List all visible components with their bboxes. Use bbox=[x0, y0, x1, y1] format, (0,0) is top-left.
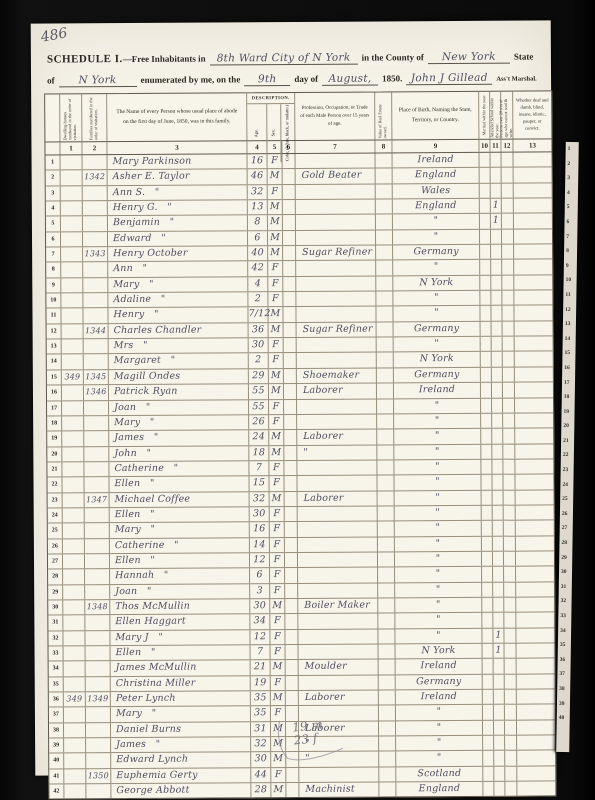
cell-line: 29 bbox=[48, 585, 63, 599]
remarks-column-header: Whether deaf and dumb, blind, insane, id… bbox=[513, 91, 551, 138]
cell-dwelling bbox=[61, 309, 83, 323]
cell-married bbox=[482, 582, 493, 596]
cell-value bbox=[378, 614, 395, 628]
cell-married bbox=[482, 536, 493, 550]
cell-family: 1347 bbox=[85, 493, 110, 507]
table-row: 42George Abbott28MMachinistEngland bbox=[49, 781, 555, 798]
cell-value bbox=[376, 230, 393, 244]
cell-color bbox=[285, 492, 298, 506]
column-number: 1 bbox=[60, 142, 82, 154]
cell-line: 24 bbox=[48, 508, 63, 522]
cell-dwelling bbox=[61, 247, 83, 261]
cell-school bbox=[494, 705, 505, 719]
cell-age: 16 bbox=[248, 154, 268, 168]
cell-dwelling: 349 bbox=[64, 692, 86, 706]
column-number bbox=[45, 142, 60, 154]
cell-value bbox=[377, 368, 394, 382]
cell-color bbox=[284, 476, 297, 490]
cell-line: 6 bbox=[46, 232, 61, 246]
cell-sex: M bbox=[269, 430, 284, 444]
cell-birthplace: " bbox=[395, 490, 482, 505]
line-number-column-header bbox=[45, 94, 60, 141]
cell-school bbox=[494, 659, 505, 673]
cell-color bbox=[284, 353, 297, 367]
cell-value bbox=[379, 675, 396, 689]
adjacent-page-line-number: 19 bbox=[561, 405, 574, 420]
cell-remarks bbox=[514, 306, 552, 321]
cell-school bbox=[494, 736, 505, 750]
cell-occupation bbox=[297, 353, 377, 368]
cell-value bbox=[379, 690, 396, 704]
cell-age: 32 bbox=[250, 492, 270, 506]
cell-family bbox=[84, 477, 109, 491]
cell-dwelling bbox=[63, 554, 85, 568]
cell-cantread bbox=[505, 659, 517, 673]
cell-cantread bbox=[505, 736, 517, 750]
cell-school bbox=[492, 321, 503, 335]
cell-sex: M bbox=[268, 169, 283, 183]
cell-name: Joan " bbox=[109, 400, 249, 415]
cell-age: 13 bbox=[248, 200, 268, 214]
state-fill-in: N York bbox=[59, 75, 137, 87]
cell-married bbox=[481, 337, 492, 351]
cell-age: 8 bbox=[248, 216, 268, 230]
cell-value bbox=[377, 414, 394, 428]
cell-value bbox=[378, 568, 395, 582]
cell-birthplace: Germany bbox=[393, 245, 480, 260]
cell-remarks bbox=[516, 628, 554, 643]
cell-school bbox=[492, 444, 503, 458]
adjacent-page-line-number: 21 bbox=[561, 434, 574, 449]
cell-value bbox=[379, 752, 396, 766]
cell-name: Peter Lynch bbox=[111, 691, 251, 706]
adjacent-page-line-number: 1 bbox=[566, 142, 579, 157]
cell-sex: F bbox=[268, 185, 283, 199]
adjacent-page-line-number: 32 bbox=[558, 594, 571, 609]
schedule-header-line1: SCHEDULE I.—Free Inhabitants in 8th Ward… bbox=[47, 46, 539, 67]
cell-occupation bbox=[296, 153, 376, 168]
cell-sex: M bbox=[268, 231, 283, 245]
cell-name: Asher E. Taylor bbox=[108, 170, 248, 185]
cell-age: 15 bbox=[249, 476, 269, 490]
cell-family bbox=[83, 217, 108, 231]
cell-color bbox=[283, 261, 296, 275]
cell-value bbox=[378, 491, 395, 505]
cell-line: 19 bbox=[47, 432, 62, 446]
cell-school bbox=[491, 183, 502, 197]
cell-age: 4 bbox=[248, 277, 268, 291]
cell-color bbox=[285, 630, 298, 644]
cell-name: James " bbox=[111, 737, 251, 752]
cell-color bbox=[284, 461, 297, 475]
cell-cantread bbox=[502, 260, 514, 274]
cell-cantread bbox=[503, 460, 515, 474]
cell-school bbox=[494, 766, 505, 780]
pencil-flourish bbox=[273, 712, 347, 763]
cell-sex: M bbox=[271, 660, 286, 674]
cell-occupation: Laborer bbox=[298, 491, 378, 506]
cell-remarks bbox=[515, 321, 553, 336]
cell-color bbox=[283, 277, 296, 291]
cell-remarks bbox=[514, 198, 552, 213]
cell-birthplace: Wales bbox=[393, 184, 480, 199]
cell-cantread bbox=[504, 628, 516, 642]
cell-color bbox=[284, 338, 297, 352]
cell-birthplace: " bbox=[395, 629, 482, 644]
header-text: of bbox=[47, 75, 55, 85]
cell-age: 55 bbox=[249, 384, 269, 398]
cell-age: 40 bbox=[248, 246, 268, 260]
adjacent-page-line-number: 36 bbox=[558, 653, 571, 668]
cell-birthplace: " bbox=[394, 460, 481, 475]
cell-occupation bbox=[296, 215, 376, 230]
adjacent-page-line-number: 7 bbox=[564, 229, 577, 244]
cell-name: James McMullin bbox=[111, 661, 251, 676]
cell-occupation bbox=[296, 200, 376, 215]
adjacent-page-line-number: 11 bbox=[563, 288, 576, 303]
cell-remarks bbox=[514, 244, 552, 259]
cell-school bbox=[492, 460, 503, 474]
cell-color bbox=[285, 522, 298, 536]
cell-married bbox=[481, 414, 492, 428]
cell-dwelling bbox=[61, 155, 83, 169]
cell-family bbox=[83, 309, 108, 323]
cell-married bbox=[481, 383, 492, 397]
cell-age: 24 bbox=[249, 430, 269, 444]
cell-dwelling bbox=[61, 232, 83, 246]
adjacent-page-line-number: 18 bbox=[562, 390, 575, 405]
cell-dwelling bbox=[61, 171, 83, 185]
cell-married bbox=[483, 720, 494, 734]
cell-age: 32 bbox=[248, 185, 268, 199]
cell-married bbox=[482, 552, 493, 566]
cell-school bbox=[493, 567, 504, 581]
cell-family bbox=[83, 186, 108, 200]
cell-birthplace: " bbox=[396, 736, 483, 751]
cell-family bbox=[86, 723, 111, 737]
cell-sex: F bbox=[270, 507, 285, 521]
cell-school bbox=[493, 536, 504, 550]
table-body: 1Mary Parkinson16FIreland21342Asher E. T… bbox=[46, 152, 556, 799]
adjacent-page-line-number: 9 bbox=[564, 259, 577, 274]
cell-occupation bbox=[296, 276, 376, 291]
cell-dwelling bbox=[61, 201, 83, 215]
cell-color bbox=[284, 446, 297, 460]
column-number: 8 bbox=[375, 140, 392, 152]
cell-married bbox=[483, 782, 494, 796]
cell-occupation: " bbox=[297, 445, 377, 460]
cell-occupation: Laborer bbox=[299, 691, 379, 706]
cell-married bbox=[483, 767, 494, 781]
cell-family bbox=[86, 784, 111, 798]
cell-occupation: Machinist bbox=[299, 783, 379, 798]
cell-sex: M bbox=[271, 783, 286, 797]
cell-birthplace: " bbox=[396, 705, 483, 720]
cell-family bbox=[85, 539, 110, 553]
cell-value bbox=[377, 476, 394, 490]
cell-birthplace: " bbox=[395, 521, 482, 536]
cell-family: 1343 bbox=[83, 247, 108, 261]
cell-color bbox=[283, 169, 296, 183]
cell-married bbox=[480, 214, 491, 228]
cell-age: 12 bbox=[250, 553, 270, 567]
cell-age: 14 bbox=[250, 538, 270, 552]
cell-value bbox=[377, 353, 394, 367]
cell-dwelling bbox=[64, 723, 86, 737]
cell-remarks bbox=[515, 475, 553, 490]
cell-occupation bbox=[298, 583, 378, 598]
cell-line: 8 bbox=[46, 263, 61, 277]
cell-age: 16 bbox=[250, 522, 270, 536]
cell-cantread bbox=[504, 613, 516, 627]
column-number: 4 bbox=[247, 141, 267, 153]
cell-remarks bbox=[514, 260, 552, 275]
cell-remarks bbox=[514, 229, 552, 244]
cell-birthplace: " bbox=[395, 536, 482, 551]
cell-occupation: Shoemaker bbox=[297, 368, 377, 383]
adjacent-page-line-number: 6 bbox=[564, 215, 577, 230]
cell-color bbox=[285, 553, 298, 567]
cell-birthplace: " bbox=[395, 552, 482, 567]
cell-family bbox=[83, 278, 108, 292]
cell-cantread bbox=[503, 321, 515, 335]
cell-birthplace: " bbox=[393, 291, 480, 306]
cell-school bbox=[493, 598, 504, 612]
cell-cantread bbox=[502, 306, 514, 320]
cell-dwelling bbox=[62, 401, 84, 415]
cell-family bbox=[84, 355, 109, 369]
cell-family: 1349 bbox=[86, 692, 111, 706]
cell-name: Christina Miller bbox=[111, 676, 251, 691]
cell-remarks bbox=[515, 444, 553, 459]
cell-age: 28 bbox=[251, 783, 271, 797]
cell-name: Adaline " bbox=[108, 292, 248, 307]
cell-sex: F bbox=[270, 568, 285, 582]
cell-dwelling bbox=[63, 524, 85, 538]
cell-birthplace: " bbox=[394, 414, 481, 429]
cell-sex: M bbox=[269, 369, 284, 383]
cell-remarks bbox=[515, 459, 553, 474]
cell-dwelling: 349 bbox=[62, 370, 84, 384]
family-column-header: Families numbered in the order of visita… bbox=[82, 94, 107, 141]
cell-married bbox=[480, 168, 491, 182]
cell-remarks bbox=[515, 337, 553, 352]
cell-age: 30 bbox=[250, 507, 270, 521]
cell-color bbox=[285, 507, 298, 521]
cell-married bbox=[483, 644, 494, 658]
cell-cantread bbox=[503, 475, 515, 489]
cell-family bbox=[85, 631, 110, 645]
cell-sex: F bbox=[270, 522, 285, 536]
cell-married bbox=[480, 230, 491, 244]
cell-line: 18 bbox=[47, 416, 62, 430]
cell-dwelling bbox=[64, 784, 86, 798]
cell-age: 2 bbox=[248, 292, 268, 306]
cell-age: 55 bbox=[249, 400, 269, 414]
cell-value bbox=[379, 660, 396, 674]
cell-birthplace: " bbox=[396, 721, 483, 736]
county-fill-in: New York bbox=[428, 52, 510, 65]
cell-value bbox=[378, 506, 395, 520]
cell-color bbox=[286, 676, 299, 690]
cell-age: 26 bbox=[249, 415, 269, 429]
cell-age: 29 bbox=[249, 369, 269, 383]
cell-age: 6 bbox=[248, 231, 268, 245]
cell-occupation: Boiler Maker bbox=[298, 598, 378, 613]
cannot-read-column-header: Persons over 20 y'rs of age who cannot r… bbox=[501, 92, 513, 139]
cell-remarks bbox=[517, 659, 555, 674]
cell-value bbox=[379, 721, 396, 735]
cell-school bbox=[494, 720, 505, 734]
cell-family bbox=[83, 232, 108, 246]
pencil-tally: 19 m 23 f bbox=[292, 718, 325, 747]
cell-value bbox=[376, 276, 393, 290]
cell-school bbox=[491, 291, 502, 305]
cell-cantread bbox=[505, 751, 517, 765]
cell-age: 34 bbox=[250, 614, 270, 628]
cell-value bbox=[376, 184, 393, 198]
cell-married bbox=[483, 659, 494, 673]
cell-name: Ann " bbox=[108, 262, 248, 277]
cell-school bbox=[493, 521, 504, 535]
cell-dwelling bbox=[63, 493, 85, 507]
cell-name: Magill Ondes bbox=[109, 369, 249, 384]
cell-school bbox=[494, 782, 505, 796]
cell-occupation bbox=[298, 568, 378, 583]
cell-age: 36 bbox=[249, 323, 269, 337]
cell-line: 39 bbox=[49, 738, 64, 752]
cell-family bbox=[85, 585, 110, 599]
cell-family bbox=[84, 462, 109, 476]
cell-occupation bbox=[297, 414, 377, 429]
cell-family: 1344 bbox=[84, 324, 109, 338]
cell-family bbox=[83, 201, 108, 215]
cell-name: Patrick Ryan bbox=[109, 384, 249, 399]
cell-birthplace: " bbox=[394, 337, 481, 352]
cell-remarks bbox=[516, 597, 554, 612]
cell-dwelling bbox=[63, 508, 85, 522]
cell-birthplace: " bbox=[395, 613, 482, 628]
cell-occupation: Sugar Refiner bbox=[296, 246, 376, 261]
cell-sex: M bbox=[269, 384, 284, 398]
cell-line: 33 bbox=[49, 646, 64, 660]
cell-family bbox=[86, 738, 111, 752]
cell-occupation bbox=[296, 184, 376, 199]
cell-cantread bbox=[504, 567, 516, 581]
cell-name: Ellen " bbox=[109, 476, 249, 491]
cell-dwelling bbox=[63, 616, 85, 630]
cell-line: 17 bbox=[47, 401, 62, 415]
cell-family bbox=[83, 155, 108, 169]
cell-remarks bbox=[516, 521, 554, 536]
cell-dwelling bbox=[64, 754, 86, 768]
cell-birthplace: Ireland bbox=[394, 383, 481, 398]
cell-married bbox=[480, 153, 491, 167]
cell-school bbox=[494, 751, 505, 765]
cell-school bbox=[492, 383, 503, 397]
cell-dwelling bbox=[62, 416, 84, 430]
cell-married bbox=[483, 674, 494, 688]
cell-remarks bbox=[517, 735, 555, 750]
day-fill-in: 9th bbox=[244, 74, 290, 86]
adjacent-page-line-number: 23 bbox=[561, 463, 574, 478]
cell-name: Thos McMullin bbox=[110, 599, 250, 614]
cell-remarks bbox=[514, 168, 552, 183]
cell-color bbox=[286, 691, 299, 705]
adjacent-page-line-number: 39 bbox=[557, 696, 570, 711]
cell-school bbox=[494, 690, 505, 704]
cell-family bbox=[86, 754, 111, 768]
cell-color bbox=[286, 783, 299, 797]
cell-occupation bbox=[296, 292, 376, 307]
cell-sex: F bbox=[269, 461, 284, 475]
cell-name: Ellen Haggart bbox=[110, 615, 250, 630]
cell-cantread bbox=[504, 490, 516, 504]
cell-remarks bbox=[514, 275, 552, 290]
adjacent-page-line-number: 8 bbox=[564, 244, 577, 259]
cell-color bbox=[284, 323, 297, 337]
cell-dwelling bbox=[64, 708, 86, 722]
cell-name: Henry G. " bbox=[108, 200, 248, 215]
cell-dwelling bbox=[63, 539, 85, 553]
cell-age: 46 bbox=[248, 169, 268, 183]
cell-occupation bbox=[296, 307, 376, 322]
cell-school bbox=[491, 306, 502, 320]
cell-married bbox=[480, 306, 491, 320]
cell-remarks bbox=[517, 751, 555, 766]
cell-remarks bbox=[515, 383, 553, 398]
cell-value bbox=[379, 767, 396, 781]
cell-color bbox=[285, 538, 298, 552]
adjacent-page-line-number: 4 bbox=[565, 186, 578, 201]
cell-family bbox=[85, 569, 110, 583]
cell-married bbox=[481, 429, 492, 443]
cell-occupation: Sugar Refiner bbox=[297, 322, 377, 337]
cell-family bbox=[84, 339, 109, 353]
cell-cantread bbox=[503, 383, 515, 397]
cell-name: Ellen " bbox=[111, 645, 251, 660]
adjacent-page-line-number: 17 bbox=[562, 375, 575, 390]
cell-remarks bbox=[514, 183, 552, 198]
adjacent-page-line-number: 10 bbox=[563, 273, 576, 288]
column-number: 12 bbox=[501, 140, 513, 152]
adjacent-page-line-number: 38 bbox=[557, 682, 570, 697]
cell-family: 1348 bbox=[85, 600, 110, 614]
adjacent-page-line-number: 24 bbox=[560, 478, 573, 493]
cell-school bbox=[493, 490, 504, 504]
cell-line: 34 bbox=[49, 662, 64, 676]
cell-remarks bbox=[514, 214, 552, 229]
cell-occupation bbox=[297, 460, 377, 475]
cell-value bbox=[376, 153, 393, 167]
cell-value bbox=[377, 445, 394, 459]
cell-name: Ellen " bbox=[110, 507, 250, 522]
cell-color bbox=[284, 369, 297, 383]
cell-sex: F bbox=[269, 476, 284, 490]
cell-family bbox=[85, 508, 110, 522]
cell-line: 41 bbox=[49, 769, 64, 783]
cell-occupation: Laborer bbox=[297, 430, 377, 445]
cell-birthplace: " bbox=[393, 306, 480, 321]
cell-dwelling bbox=[64, 677, 86, 691]
cell-occupation: Laborer bbox=[297, 384, 377, 399]
cell-line: 32 bbox=[48, 631, 63, 645]
cell-line: 20 bbox=[47, 447, 62, 461]
cell-remarks bbox=[517, 674, 555, 689]
cell-remarks bbox=[515, 413, 553, 428]
adjacent-page-line-number: 16 bbox=[562, 361, 575, 376]
cell-dwelling bbox=[62, 462, 84, 476]
